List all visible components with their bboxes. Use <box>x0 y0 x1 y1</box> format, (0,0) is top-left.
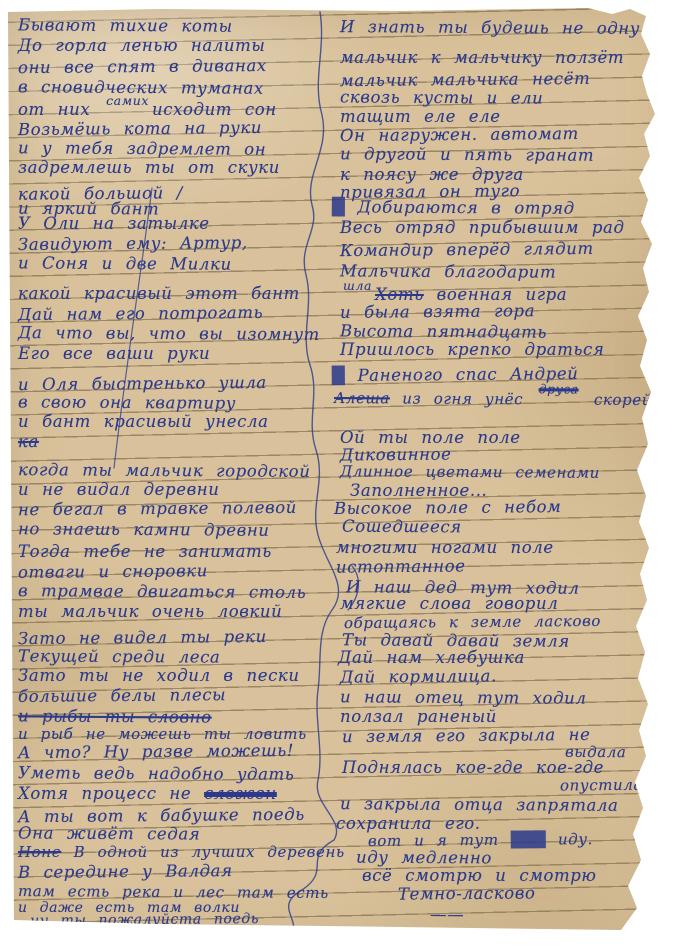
handwriting-segment: Поднялась кое-где кое-где <box>342 758 604 777</box>
handwriting-segment: и выйдет много толку <box>18 924 224 941</box>
handwriting-segment: Весь отряд прибывшим рад <box>340 218 625 237</box>
handwriting-segment: Пришлось крепко драться <box>340 340 604 359</box>
handwritten-line: Дай нам хлебушка <box>338 648 525 667</box>
handwritten-line: Алеша из огня унёс друга скорей <box>334 389 652 409</box>
handwriting-segment: Высокое поле с небом <box>334 497 562 518</box>
handwritten-line: многими ногами поле <box>336 538 554 557</box>
handwritten-line: Темно-ласково <box>398 883 536 903</box>
handwriting-segment: и земля его закрыла не <box>342 725 591 746</box>
handwriting-segment: Дай нам хлебушка <box>338 648 525 667</box>
handwritten-line: и наш отец тут ходил <box>340 687 587 708</box>
handwritten-line: Длинное цветами семенами <box>340 462 600 482</box>
handwriting-segment: из огня унёс <box>390 389 536 408</box>
handwriting-segment: Командир вперёд глядит <box>340 239 594 260</box>
handwriting-blot-segment: █ <box>332 197 345 216</box>
handwriting-segment: и закрыла отца запрятала <box>340 794 619 815</box>
handwriting-blot-segment: ███ <box>511 830 546 848</box>
handwritten-line: Поднялась кое-где кое-где <box>342 758 604 777</box>
handwritten-line: и земля его закрыла не <box>342 725 591 746</box>
handwriting-segment: и другой и пять гранат <box>340 144 594 165</box>
handwriting-segment: мягкие слова говорил <box>340 594 558 613</box>
handwritten-line: Мальчика благодарит <box>340 261 556 281</box>
handwriting-segment: иду. <box>546 830 594 848</box>
handwritten-line: Весь отряд прибывшим рад <box>340 218 625 237</box>
handwritten-line: И знать ты будешь не одну <box>340 17 640 38</box>
handwriting-segment: ползал раненый <box>340 707 497 726</box>
handwritten-line: сохранила его. <box>336 814 481 833</box>
handwriting-segment: Высота пятнадцать <box>340 321 547 341</box>
handwriting-segment: тащит еле еле <box>340 107 501 126</box>
handwriting-segment: многими ногами поле <box>336 538 554 557</box>
handwriting-segment: скорей <box>581 391 652 409</box>
handwritten-line: обращаясь к земле ласково <box>344 612 601 632</box>
handwriting-supst-segment: друга <box>539 381 579 396</box>
handwritten-line: сквозь кусты и ели <box>340 87 544 107</box>
handwriting-segment: всё смотрю и смотрю <box>362 866 597 885</box>
handwriting-segment: мальчик к мальчику ползёт <box>340 48 624 67</box>
handwriting-segment: сохранила его. <box>336 814 481 833</box>
handwriting-segment: Добираются в отряд <box>345 197 575 217</box>
manuscript-page: Бывают тихие котыДо горла ленью налитыон… <box>0 0 678 950</box>
handwriting-segment: опустилася <box>560 776 663 795</box>
handwritten-line: и выйдет много толку <box>18 924 224 941</box>
handwritten-line: Высота пятнадцать <box>340 321 547 341</box>
handwriting-segment: Мальчика благодарит <box>340 261 556 281</box>
handwritten-line: Он нагружен. автомат <box>340 124 579 145</box>
handwriting-segment: Он нагружен. автомат <box>340 124 579 145</box>
handwriting-st-segment: Алеша <box>334 389 390 407</box>
handwritten-line: и другой и пять гранат <box>340 144 594 165</box>
handwriting-segment: Дай кормилица. <box>340 666 497 686</box>
handwriting-segment: истоптанное <box>336 556 466 576</box>
handwriting-segment: и была взята гора <box>340 301 535 322</box>
handwriting-segment: Темно-ласково <box>398 883 536 903</box>
handwritten-line: и была взята гора <box>340 301 535 322</box>
handwriting-segment: И знать ты будешь не одну <box>340 17 640 38</box>
handwriting-blot-segment: █ <box>332 366 345 385</box>
handwritten-line: всё смотрю и смотрю <box>362 866 597 885</box>
handwritten-line: Дай кормилица. <box>340 666 497 686</box>
handwriting-segment: —— <box>430 905 464 924</box>
handwriting-segment: иду медленно <box>356 848 492 868</box>
handwritten-line: иду медленно <box>356 848 492 868</box>
handwritten-line: —— <box>430 905 464 924</box>
handwritten-line: Сошедшееся <box>342 517 462 537</box>
handwriting-st-segment: Хоть <box>375 285 424 304</box>
handwriting-segment: Сошедшееся <box>342 517 462 537</box>
handwritten-line: истоптанное <box>336 556 466 576</box>
photo-of-manuscript: { "page": { "description": "handwritten … <box>0 0 678 950</box>
handwriting-segment: обращаясь к земле ласково <box>344 612 601 632</box>
handwritten-line: и закрыла отца запрятала <box>340 794 619 815</box>
handwriting-segment: и наш отец тут ходил <box>340 687 587 708</box>
handwriting-segment: Длинное цветами семенами <box>340 462 600 482</box>
handwritten-line: тащит еле еле <box>340 107 501 126</box>
handwriting-sup-segment: шла <box>343 278 372 293</box>
handwritten-line: опустилася <box>560 776 663 795</box>
right-column: И знать ты будешь не однумальчик к мальч… <box>0 0 678 950</box>
handwritten-line: █ Добираются в отряд <box>332 197 575 217</box>
handwritten-line: ползал раненый <box>340 707 497 726</box>
handwritten-line: мальчик к мальчику ползёт <box>340 48 624 67</box>
handwritten-line: Командир вперёд глядит <box>340 239 594 260</box>
handwritten-line: Высокое поле с небом <box>334 497 562 518</box>
handwritten-line: Пришлось крепко драться <box>340 340 604 359</box>
handwritten-line: мягкие слова говорил <box>340 594 558 613</box>
handwriting-segment: сквозь кусты и ели <box>340 87 544 107</box>
